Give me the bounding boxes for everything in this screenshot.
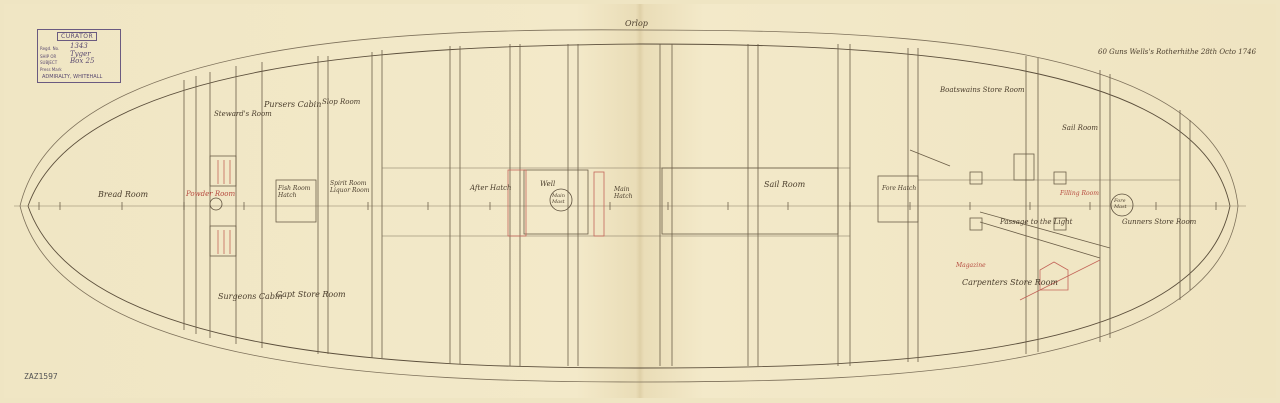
label-steward-room: Steward's Room	[214, 110, 272, 118]
stamp-label-subject: SUBJECT	[40, 60, 57, 65]
label-magazine: Magazine	[956, 262, 986, 269]
stamp-label-regd: Regd. No.	[40, 46, 59, 51]
stamp-label-ship: SHIP OR	[40, 54, 56, 59]
label-fish-room: Fish Room Hatch	[278, 185, 314, 199]
label-gunners-store: Gunners Store Room	[1122, 218, 1196, 226]
label-carpenters-store: Carpenters Store Room	[962, 278, 1058, 287]
stamp-header: CURATOR	[57, 32, 97, 41]
label-pursers-cabin: Pursers Cabin	[264, 100, 321, 109]
stamp-label-press: Press Mark	[40, 67, 62, 72]
label-slop-room: Slop Room	[322, 98, 360, 106]
label-passage: Passage to the Light	[1000, 218, 1072, 226]
label-powder-room: Powder Room	[186, 190, 235, 198]
label-spirit-room: Spirit Room Liquor Room	[330, 180, 374, 194]
label-well: Well	[540, 180, 555, 188]
label-captains-store: Capt Store Room	[276, 290, 346, 299]
label-bread-room: Bread Room	[98, 190, 148, 199]
label-after-hatch: After Hatch	[470, 184, 512, 192]
plan-note: 60 Guns Wells's Rotherhithe 28th Octo 17…	[1098, 48, 1256, 56]
label-main-hatch: Main Hatch	[614, 186, 644, 200]
stamp-footer: ADMIRALTY, WHITEHALL	[42, 74, 102, 80]
label-main-mast: Main Mast	[552, 193, 570, 205]
curator-stamp: CURATOR Regd. No. 1343 SHIP OR Tyger SUB…	[37, 29, 121, 83]
label-filling-room: Filling Room	[1060, 190, 1099, 197]
plan-title: Orlop	[625, 19, 648, 28]
label-sail-room-fwd: Sail Room	[1062, 124, 1098, 132]
label-boatswain-store: Boatswains Store Room	[940, 86, 1025, 94]
label-sail-room: Sail Room	[764, 180, 805, 189]
label-fore-mast: Fore Mast	[1114, 198, 1132, 210]
stamp-value-subject: Box 25	[70, 57, 94, 65]
deck-outline-drawing	[0, 0, 1280, 403]
label-fore-hatch: Fore Hatch	[882, 185, 916, 192]
ship-plan-sheet: CURATOR Regd. No. 1343 SHIP OR Tyger SUB…	[0, 0, 1280, 403]
stamp-value-regd: 1343	[70, 42, 88, 50]
reference-number: ZAZ1597	[24, 372, 58, 381]
label-surgeons-cabin: Surgeons Cabin	[218, 292, 283, 301]
